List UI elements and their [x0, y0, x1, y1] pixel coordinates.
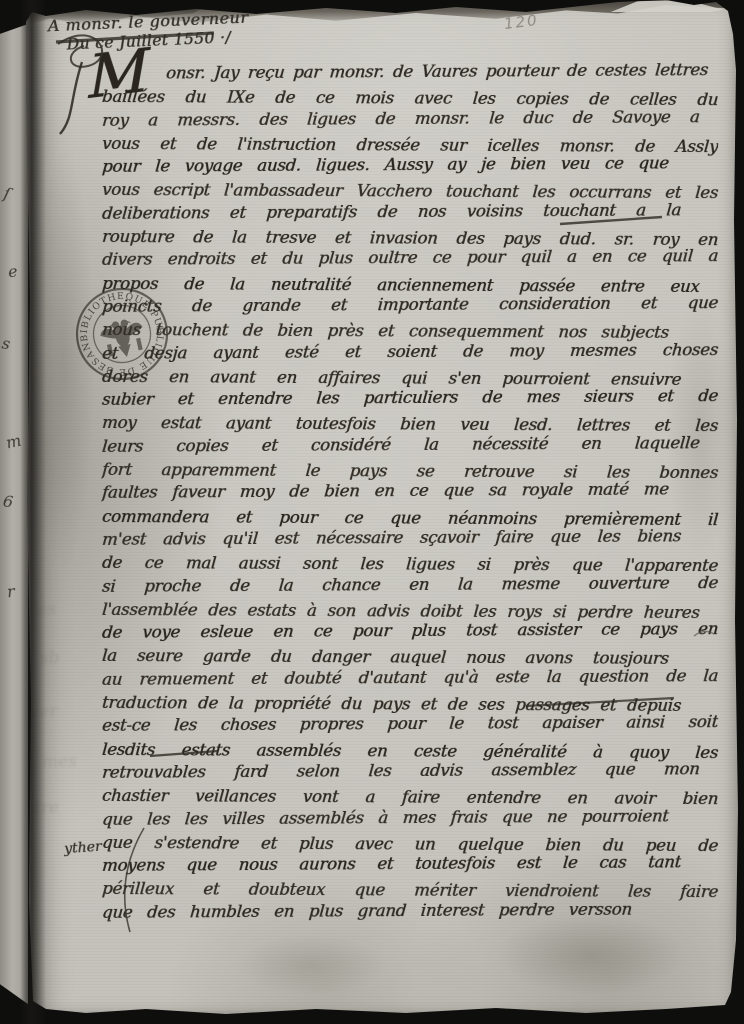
bleed-through-mark: ver [30, 702, 58, 723]
manuscript-line: au remuement et doubté d'autant qu'à est… [101, 664, 719, 691]
bleed-through-mark: les [32, 600, 57, 621]
bleed-through-mark: sb [40, 648, 60, 669]
manuscript-line: subier et entendre les particuliers de m… [101, 384, 719, 411]
manuscript-line: que des humbles en plus grand interest p… [101, 897, 633, 924]
manuscript-line: moyens que nous aurons et toutesfois est… [101, 851, 682, 878]
marginal-note: yther [63, 839, 102, 858]
facing-page-ink-fragment: ſ [2, 184, 12, 204]
manuscript-line: roy a messrs. des ligues de monsr. le du… [101, 105, 700, 132]
folio-number: 120 [503, 11, 540, 33]
facing-page-ink-fragment: m [4, 431, 23, 453]
manuscript-line: pour le voyage ausd. ligues. Aussy ay je… [101, 152, 670, 179]
manuscript-line: retrouvables fard selon les advis assemb… [101, 757, 700, 784]
manuscript-page: les sb ver mes tre 120 A monsr. le gouve… [26, 0, 738, 1018]
bleed-through-mark: tre [34, 798, 60, 819]
bleed-through-mark: mes [42, 751, 78, 772]
facing-page-ink-fragment: 6 [2, 492, 14, 512]
manuscript-line: faultes faveur moy de bien en ce que sa … [101, 478, 670, 505]
paper-stain [496, 915, 686, 995]
manuscript-line: poincts de grande et importante consider… [101, 291, 719, 318]
manuscript-line: deliberations et preparatifs de nos vois… [101, 198, 682, 225]
manuscript-line: divers endroits et du plus oultre ce pou… [101, 245, 719, 272]
facing-page-ink-fragment: s [0, 333, 11, 353]
manuscript-line: de voye esleue en ce pour plus tost assi… [101, 617, 719, 644]
facing-page-ink-fragment: r [6, 582, 16, 602]
manuscript-line: m'est advis qu'il est nécessaire sçavoir… [101, 524, 682, 551]
paper-stain [236, 935, 386, 995]
manuscript-text-block: onsr. Jay reçu par monsr. de Vaures pour… [102, 62, 718, 924]
manuscript-line: si proche de la chance en la mesme ouver… [101, 571, 719, 598]
manuscript-line: leurs copies et considéré la nécessité e… [101, 431, 700, 458]
facing-page-edge: ſ e s m 6 r [0, 24, 28, 1014]
calligraphic-initial: M [88, 40, 150, 108]
manuscript-line: et desja ayant esté et soient de moy mes… [101, 338, 719, 365]
manuscript-line: est-ce les choses propres pour le tost a… [101, 711, 719, 738]
initial-descender-flourish [60, 62, 82, 134]
manuscript-scan: { "page": { "folio_number": "120", "head… [0, 0, 744, 1024]
manuscript-line: onsr. Jay reçu par monsr. de Vaures pour… [101, 58, 709, 85]
facing-page-ink-fragment: e [7, 261, 19, 281]
manuscript-line: que les les villes assemblés à mes frais… [101, 804, 670, 831]
